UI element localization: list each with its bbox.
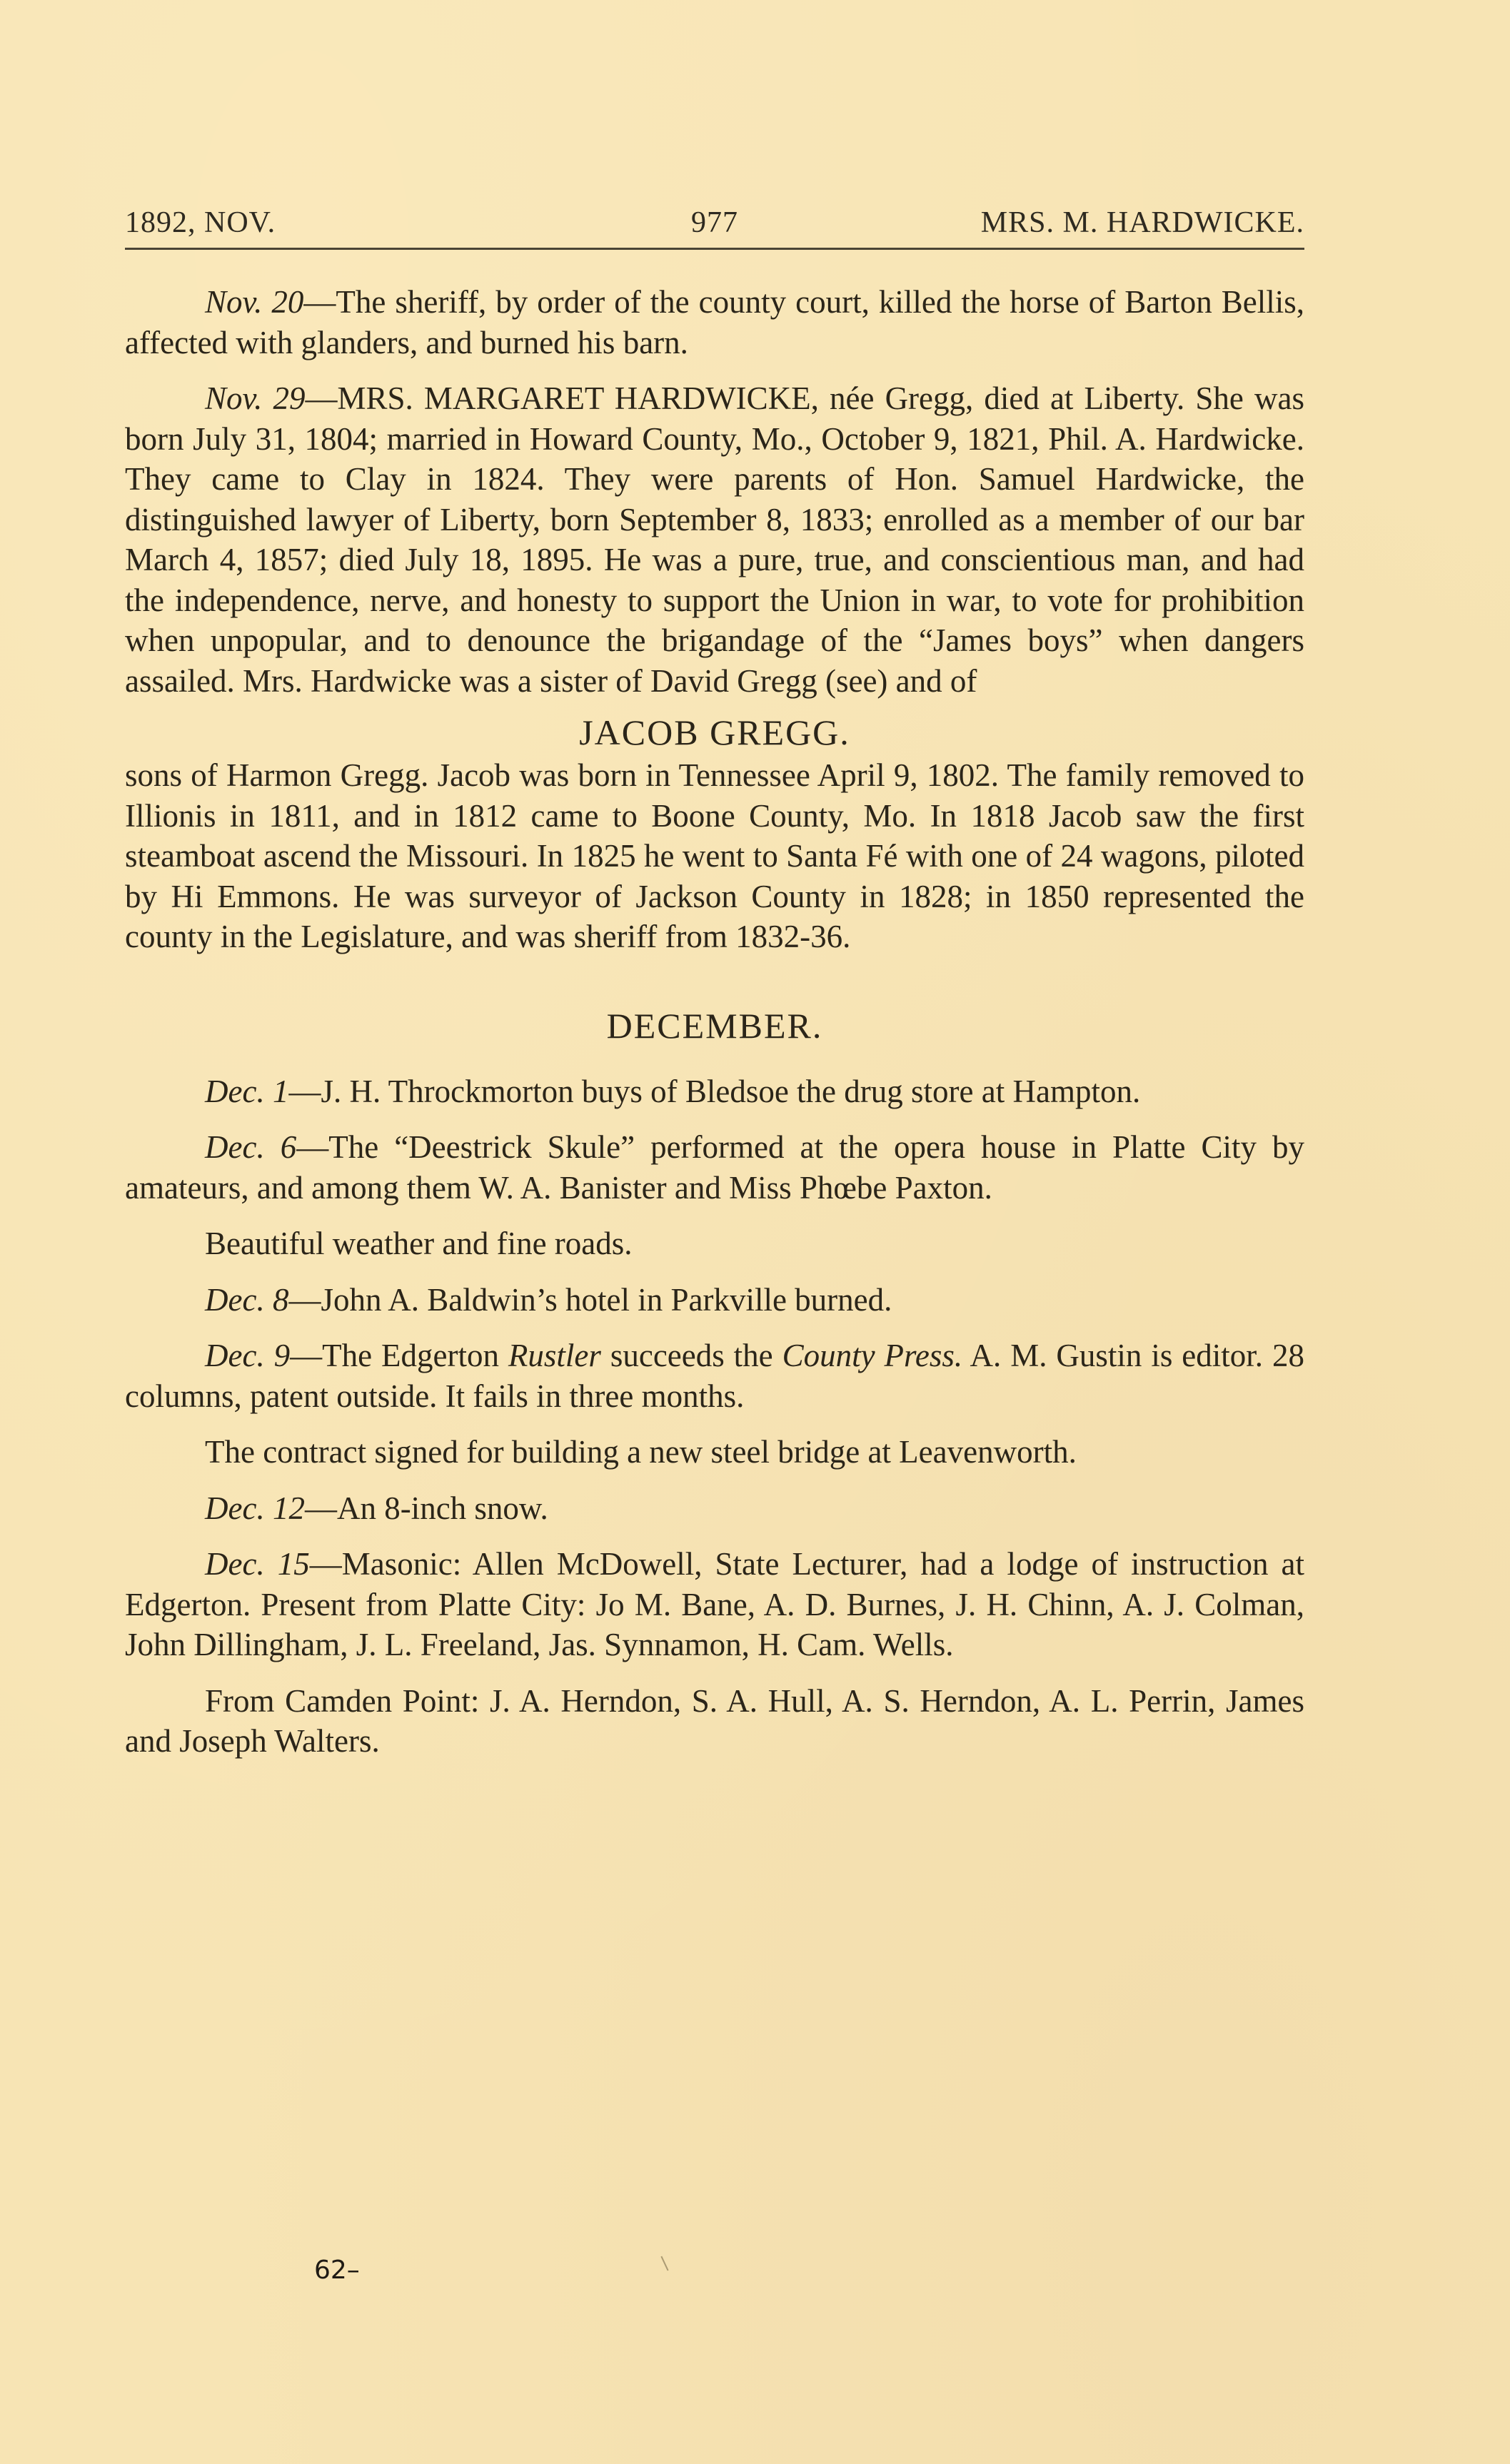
entry-dec-8: Dec. 8—John A. Baldwin’s hotel in Parkvi… <box>125 1280 1304 1321</box>
header-rule-divider <box>125 248 1304 250</box>
running-head-date: 1892, NOV. <box>125 206 276 240</box>
entry-dec-1: Dec. 1—J. H. Throckmorton buys of Bledso… <box>125 1071 1304 1112</box>
entry-date: Dec. 1 <box>205 1074 288 1109</box>
entry-date: Nov. 20 <box>205 284 303 320</box>
entry-nov-20: Nov. 20—The sheriff, by order of the cou… <box>125 282 1304 363</box>
entry-text: —J. H. Throckmorton buys of Bledsoe the … <box>288 1074 1140 1109</box>
entry-dec-15: Dec. 15—Masonic: Allen McDowell, State L… <box>125 1544 1304 1665</box>
newspaper-title: Rustler <box>508 1338 601 1373</box>
entry-text: —MRS. MARGARET HARDWICKE, née Gregg, die… <box>125 380 1304 699</box>
entry-date: Dec. 9 <box>205 1338 290 1373</box>
entry-dec-6: Dec. 6—The “Deestrick Skule” performed a… <box>125 1127 1304 1208</box>
entry-nov-29: Nov. 29—MRS. MARGARET HARDWICKE, née Gre… <box>125 378 1304 701</box>
entry-text: —The Edgerton <box>290 1338 508 1373</box>
page-number: 977 <box>691 206 738 240</box>
entry-text: succeeds the <box>601 1338 782 1373</box>
entry-text: Beautiful weather and fine roads. <box>205 1226 633 1261</box>
entry-text: —The “Deestrick Skule” performed at the … <box>125 1129 1304 1206</box>
entry-camden-point: From Camden Point: J. A. Herndon, S. A. … <box>125 1681 1304 1762</box>
entry-weather: Beautiful weather and fine roads. <box>125 1223 1304 1264</box>
entry-text: From Camden Point: J. A. Herndon, S. A. … <box>125 1683 1304 1759</box>
entry-text: —John A. Baldwin’s hotel in Parkville bu… <box>288 1282 892 1318</box>
entry-date: Dec. 15 <box>205 1546 310 1582</box>
running-head-subject: MRS. M. HARDWICKE. <box>981 206 1304 240</box>
entry-bridge: The contract signed for building a new s… <box>125 1432 1304 1473</box>
entry-dec-9: Dec. 9—The Edgerton Rustler succeeds the… <box>125 1335 1304 1416</box>
entry-date: Dec. 8 <box>205 1282 288 1318</box>
entry-text: sons of Harmon Gregg. Jacob was born in … <box>125 757 1304 954</box>
entry-text: The contract signed for building a new s… <box>205 1434 1077 1470</box>
heading-december: DECEMBER. <box>125 1004 1304 1047</box>
entry-date: Nov. 29 <box>205 380 306 416</box>
entry-date: Dec. 12 <box>205 1490 305 1526</box>
entry-jacob-gregg: sons of Harmon Gregg. Jacob was born in … <box>125 755 1304 957</box>
paper-speck-decoration <box>660 2256 668 2271</box>
entry-text: —An 8-inch snow. <box>305 1490 548 1526</box>
printer-signature-mark: 62– <box>314 2256 360 2285</box>
newspaper-title: County Press. <box>782 1338 963 1373</box>
body-text: Nov. 20—The sheriff, by order of the cou… <box>125 282 1304 1762</box>
entry-dec-12: Dec. 12—An 8-inch snow. <box>125 1488 1304 1529</box>
entry-date: Dec. 6 <box>205 1129 296 1165</box>
heading-jacob-gregg: JACOB GREGG. <box>125 711 1304 754</box>
running-head: 1892, NOV. 977 MRS. M. HARDWICKE. <box>125 206 1304 243</box>
